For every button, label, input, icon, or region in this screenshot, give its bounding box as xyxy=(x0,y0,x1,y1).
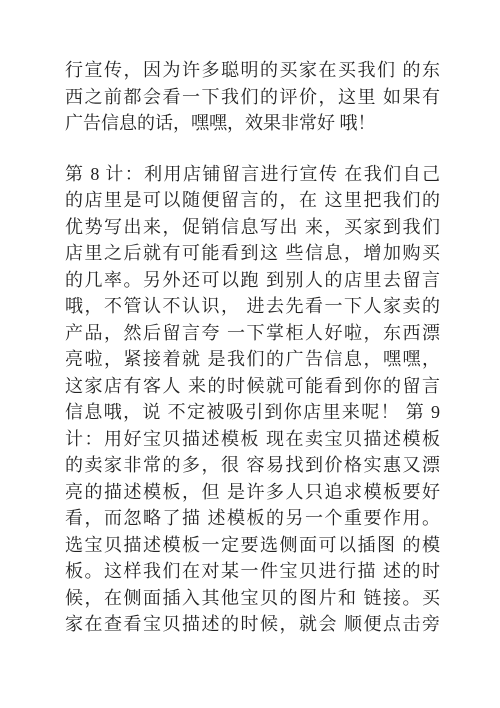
text-line: 广告信息的话，嘿嘿，效果非常好 哦！ xyxy=(65,110,440,137)
text-line: 板。这样我们在对某一件宝贝进行描 述的时 xyxy=(65,558,440,585)
paragraph: 第 8 计：利用店铺留言进行宣传 在我们自己的店里是可以随便留言的，在 这里把我… xyxy=(65,161,440,638)
document-page: 行宣传，因为许多聪明的买家在买我们 的东西之前都会看一下我们的评价，这里 如果有… xyxy=(0,0,500,708)
text-line: 西之前都会看一下我们的评价，这里 如果有 xyxy=(65,84,440,111)
text-line: 哦，不管认不认识， 进去先看一下人家卖的 xyxy=(65,293,440,320)
text-line: 看，而忽略了描 述模板的另一个重要作用。 xyxy=(65,505,440,532)
text-line: 优势写出来，促销信息写出 来，买家到我们 xyxy=(65,214,440,241)
text-line: 信息哦，说 不定被吸引到你店里来呢！ 第 9 xyxy=(65,399,440,426)
text-line: 的卖家非常的多，很 容易找到价格实惠又漂 xyxy=(65,452,440,479)
text-line: 亮的描述模板，但 是许多人只追求模板要好 xyxy=(65,479,440,506)
text-line: 亮啦，紧接着就 是我们的广告信息，嘿嘿， xyxy=(65,346,440,373)
text-line: 的几率。另外还可以跑 到别人的店里去留言 xyxy=(65,267,440,294)
text-line: 产品，然后留言夸 一下掌柜人好啦，东西漂 xyxy=(65,320,440,347)
text-line: 第 8 计：利用店铺留言进行宣传 在我们自己 xyxy=(65,161,440,188)
text-line: 店里之后就有可能看到这 些信息，增加购买 xyxy=(65,240,440,267)
text-line: 计：用好宝贝描述模板 现在卖宝贝描述模板 xyxy=(65,426,440,453)
text-line: 的店里是可以随便留言的，在 这里把我们的 xyxy=(65,187,440,214)
text-line: 这家店有客人 来的时候就可能看到你的留言 xyxy=(65,373,440,400)
text-line: 选宝贝描述模板一定要选侧面可以插图 的模 xyxy=(65,532,440,559)
text-line: 家在查看宝贝描述的时候，就会 顺便点击旁 xyxy=(65,611,440,638)
text-line: 行宣传，因为许多聪明的买家在买我们 的东 xyxy=(65,57,440,84)
document-content: 行宣传，因为许多聪明的买家在买我们 的东西之前都会看一下我们的评价，这里 如果有… xyxy=(65,57,440,638)
paragraph: 行宣传，因为许多聪明的买家在买我们 的东西之前都会看一下我们的评价，这里 如果有… xyxy=(65,57,440,137)
text-line: 候，在侧面插入其他宝贝的图片和 链接。买 xyxy=(65,585,440,612)
